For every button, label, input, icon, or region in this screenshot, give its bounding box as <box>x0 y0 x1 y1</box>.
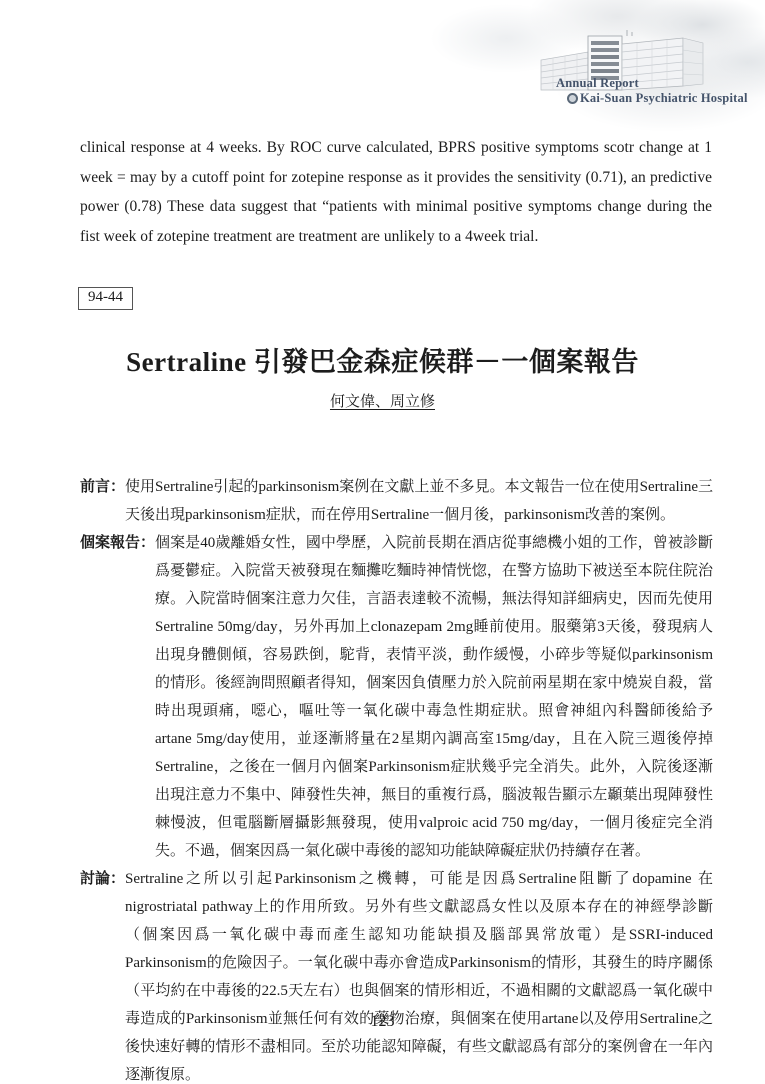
hospital-name-label: Kai-Suan Psychiatric Hospital <box>580 92 748 105</box>
section-label: 前言： <box>80 473 125 529</box>
header-artwork <box>415 0 765 138</box>
header-banner: Annual Report Kai-Suan Psychiatric Hospi… <box>556 77 748 105</box>
english-abstract: clinical response at 4 weeks. By ROC cur… <box>80 133 712 251</box>
section-introduction: 前言： 使用Sertraline引起的parkinsonism案例在文獻上並不多… <box>80 473 713 529</box>
section-discussion: 討論： Sertraline之所以引起Parkinsonism之機轉，可能是因爲… <box>80 865 713 1084</box>
section-text: 個案是40歲離婚女性，國中學歷，入院前長期在酒店從事總機小姐的工作，曾被診斷爲憂… <box>155 529 713 865</box>
page-number: 123 <box>0 1013 765 1031</box>
section-label: 討論： <box>80 865 125 1084</box>
section-case-report: 個案報告： 個案是40歲離婚女性，國中學歷，入院前長期在酒店從事總機小姐的工作，… <box>80 529 713 865</box>
annual-report-label: Annual Report <box>556 77 748 90</box>
section-label: 個案報告： <box>80 529 155 865</box>
author-names: 何文偉、周立修 <box>330 394 435 410</box>
article-body: 前言： 使用Sertraline引起的parkinsonism案例在文獻上並不多… <box>80 473 713 1084</box>
article-title: Sertraline 引發巴金森症候群－一個案報告 <box>0 340 765 379</box>
article-authors: 何文偉、周立修 <box>0 390 765 411</box>
hospital-logo-icon <box>567 93 578 104</box>
section-text: 使用Sertraline引起的parkinsonism案例在文獻上並不多見。本文… <box>125 473 713 529</box>
case-number-box: 94-44 <box>78 287 133 310</box>
document-page: Annual Report Kai-Suan Psychiatric Hospi… <box>0 0 765 1084</box>
section-text: Sertraline之所以引起Parkinsonism之機轉，可能是因爲Sert… <box>125 865 713 1084</box>
